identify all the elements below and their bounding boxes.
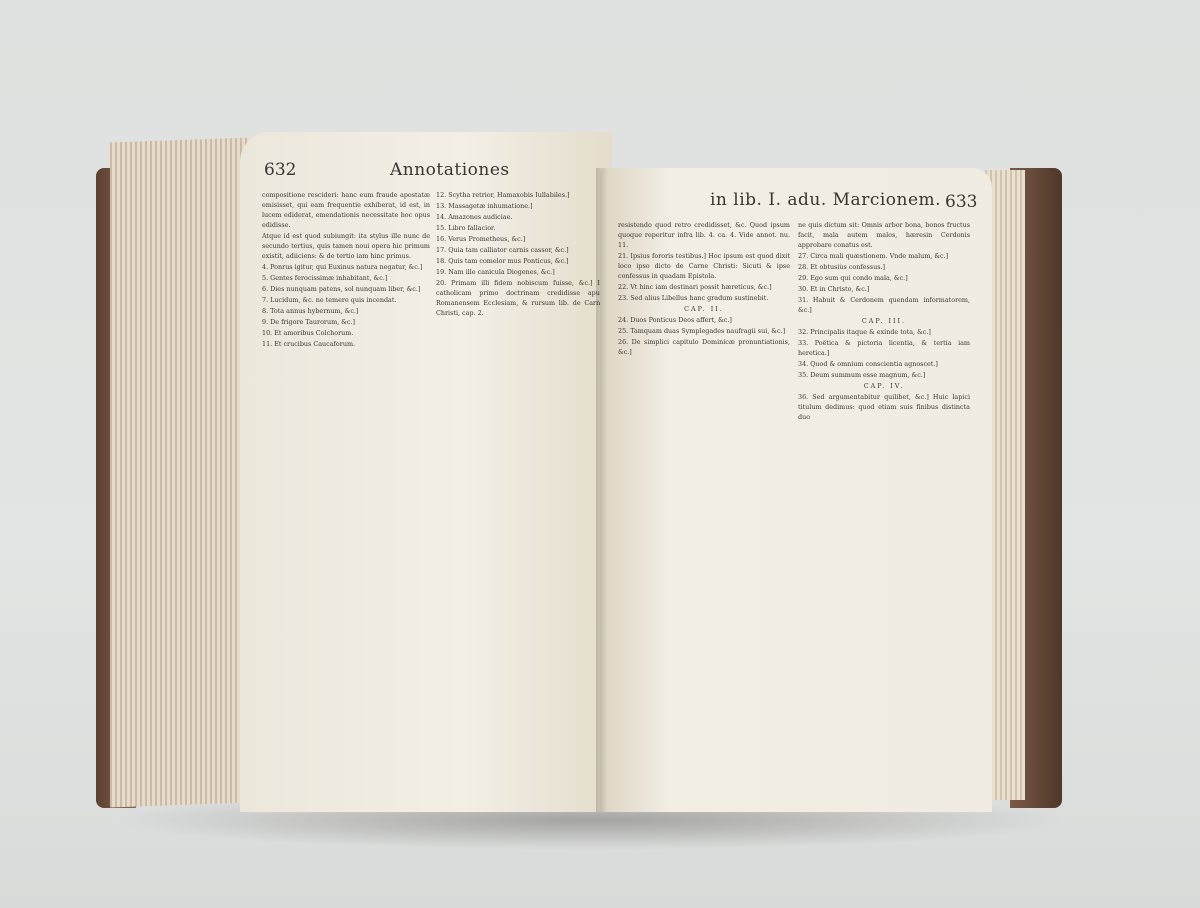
chapter-heading: CAP. II.: [618, 304, 790, 314]
right-page: in lib. I. adu. Marcionem. 633 resistend…: [600, 168, 992, 812]
text-block: 14. Amazones audiciae.: [436, 212, 604, 222]
chapter-heading: CAP. IV.: [798, 381, 970, 391]
text-block: Atque id est quod subiungit: ita stylus …: [262, 231, 430, 261]
page-edges-left: [110, 138, 250, 808]
text-block: 26. De simplici capitulo Dominicæ pronun…: [618, 337, 790, 357]
text-block: 11. Et crucibus Caucaforum.: [262, 339, 430, 349]
text-block: 21. Ipsius fororis testibus.] Hoc ipsum …: [618, 251, 790, 281]
text-block: 18. Quis tam comelor mus Ponticus, &c.]: [436, 256, 604, 266]
book-gutter: [596, 168, 608, 812]
text-block: 10. Et amoribus Colchorum.: [262, 328, 430, 338]
text-block: 23. Sed alius Libellus hanc gradum susti…: [618, 293, 790, 303]
left-page: 632 Annotationes compositione rescideri:…: [240, 132, 612, 812]
left-column-2: 12. Scytha retrior, Hamaxobis Iullabiles…: [436, 190, 604, 319]
text-block: 6. Dies nunquam patens, sol nunquam libe…: [262, 284, 430, 294]
text-block: 22. Vt hinc iam destinari possit hæretic…: [618, 282, 790, 292]
text-block: 5. Gentes ferocissimæ inhabitant, &c.]: [262, 273, 430, 283]
text-block: 28. Et obtusiùs confessus.]: [798, 262, 970, 272]
right-column-1: resistendo quod retro credidisset, &c. Q…: [618, 220, 790, 358]
text-block: compositione rescideri: hanc eum fraude …: [262, 190, 430, 230]
text-block: resistendo quod retro credidisset, &c. Q…: [618, 220, 790, 250]
text-block: 9. De frigore Taurorum, &c.]: [262, 317, 430, 327]
text-block: ne quis dictum sit: Omnis arbor bona, bo…: [798, 220, 970, 250]
text-block: 30. Et in Christo, &c.]: [798, 284, 970, 294]
text-block: 13. Massagetæ inhumatione.]: [436, 201, 604, 211]
text-block: 31. Habuit & Cerdonem quendam informator…: [798, 295, 970, 315]
text-block: 15. Libro fallacior.: [436, 223, 604, 233]
right-column-2: ne quis dictum sit: Omnis arbor bona, bo…: [798, 220, 970, 423]
text-block: 4. Ponrus igitur, qui Euxinus natura neg…: [262, 262, 430, 272]
text-block: 12. Scytha retrior, Hamaxobis Iullabiles…: [436, 190, 604, 200]
text-block: 27. Circa mali quæstionem. Vnde malum, &…: [798, 251, 970, 261]
text-block: 35. Deum summum esse magnum, &c.]: [798, 370, 970, 380]
chapter-heading: CAP. III.: [798, 316, 970, 326]
text-block: 16. Verus Prometheus, &c.]: [436, 234, 604, 244]
text-block: 25. Tamquam duas Symplegades naufragii s…: [618, 326, 790, 336]
text-block: 19. Nam ille canicula Diogenes, &c.]: [436, 267, 604, 277]
text-block: 34. Quod & omnium conscientia agnoscet.]: [798, 359, 970, 369]
text-block: 8. Tota annus hybernum, &c.]: [262, 306, 430, 316]
page-number-left: 632: [264, 160, 296, 180]
text-block: 33. Poëtica & pictoria licentia, & terti…: [798, 338, 970, 358]
running-head-right: in lib. I. adu. Marcionem.: [710, 190, 941, 210]
running-head-left: Annotationes: [390, 160, 510, 180]
text-block: 17. Quia tam calliator carnis cassor, &c…: [436, 245, 604, 255]
text-block: 7. Lucidum, &c. ne temere quis incendat.: [262, 295, 430, 305]
text-block: 24. Duos Ponticus Deos affert, &c.]: [618, 315, 790, 325]
page-number-right: 633: [945, 192, 977, 212]
text-block: 36. Sed argumentabitur quilibet, &c.] Hu…: [798, 392, 970, 422]
left-column-1: compositione rescideri: hanc eum fraude …: [262, 190, 430, 350]
text-block: 32. Principalis itaque & exinde tota, &c…: [798, 327, 970, 337]
text-block: 20. Primam illi fidem nobiscum fuisse, &…: [436, 278, 604, 318]
text-block: 29. Ego sum qui condo mala, &c.]: [798, 273, 970, 283]
